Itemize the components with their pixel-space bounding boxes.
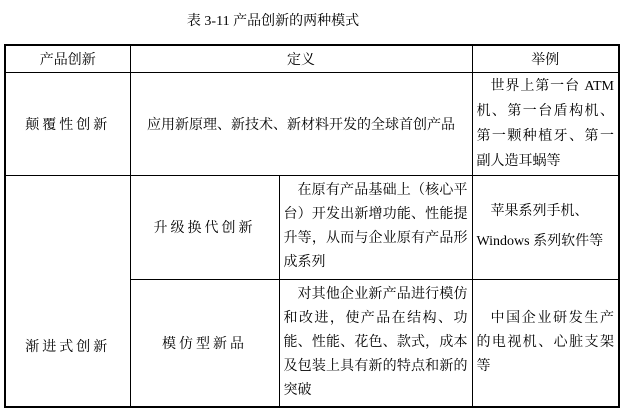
text-line: 成系列 bbox=[284, 251, 468, 275]
text-line: 及包装上具有新的特点和新的 bbox=[284, 355, 468, 379]
header-examples: 举例 bbox=[472, 45, 619, 72]
text-line: 第一颗种植牙、第一 bbox=[477, 124, 615, 149]
text-line: 的电视机、心脏支架 bbox=[477, 331, 615, 355]
disruptive-definition-cell: 应用新原理、新技术、新材料开发的全球首创产品 bbox=[130, 72, 472, 175]
disruptive-examples-cell: 世界上第一台 ATM机、第一台盾构机、第一颗种植牙、第一副人造耳蜗等 bbox=[472, 72, 619, 175]
text-line: 升等，从而与企业原有产品形 bbox=[284, 227, 468, 251]
incremental-label: 渐进式创新 bbox=[10, 336, 126, 356]
header-row: 产品创新 定义 举例 bbox=[5, 45, 619, 72]
header-definition: 定义 bbox=[130, 45, 472, 72]
imitative-examples-cell: 中国企业研发生产的电视机、心脏支架等 bbox=[472, 279, 619, 407]
text-line: 能、性能、花色、款式，成本 bbox=[284, 331, 468, 355]
table-caption: 表 3-11 产品创新的两种模式 bbox=[0, 13, 546, 31]
upgrade-examples-cell: 苹果系列手机、Windows 系列软件等 bbox=[472, 175, 619, 279]
text-line: 等 bbox=[477, 355, 615, 379]
incremental-label-cell: 渐进式创新 bbox=[5, 175, 130, 407]
text-line: 台）开发出新增功能、性能提 bbox=[284, 203, 468, 227]
row-disruptive-innovation: 颠覆性创新 应用新原理、新技术、新材料开发的全球首创产品 世界上第一台 ATM机… bbox=[5, 72, 619, 175]
innovation-table: 产品创新 定义 举例 颠覆性创新 应用新原理、新技术、新材料开发的全球首创产品 … bbox=[4, 44, 620, 408]
row-incremental-upgrade: 渐进式创新 升级换代创新 在原有产品基础上（核心平台）开发出新增功能、性能提升等… bbox=[5, 175, 619, 279]
text-line: Windows 系列软件等 bbox=[477, 227, 615, 257]
text-line: 中国企业研发生产 bbox=[477, 307, 615, 331]
text-line: 突破 bbox=[284, 379, 468, 403]
text-line: 和改进，使产品在结构、功 bbox=[284, 307, 468, 331]
text-line: 世界上第一台 ATM bbox=[477, 74, 615, 99]
text-line: 机、第一台盾构机、 bbox=[477, 99, 615, 124]
header-product-innovation: 产品创新 bbox=[5, 45, 130, 72]
text-line: 对其他企业新产品进行模仿 bbox=[284, 283, 468, 307]
document-page: 表 3-11 产品创新的两种模式 产品创新 定义 举例 颠覆性创新 应用新原理、… bbox=[0, 0, 622, 417]
text-line: 副人造耳蜗等 bbox=[477, 149, 615, 174]
imitative-label-cell: 模仿型新品 bbox=[130, 279, 279, 407]
text-line: 在原有产品基础上（核心平 bbox=[284, 179, 468, 203]
imitative-definition-cell: 对其他企业新产品进行模仿和改进，使产品在结构、功能、性能、花色、款式，成本及包装… bbox=[279, 279, 472, 407]
upgrade-definition-cell: 在原有产品基础上（核心平台）开发出新增功能、性能提升等，从而与企业原有产品形成系… bbox=[279, 175, 472, 279]
disruptive-label-cell: 颠覆性创新 bbox=[5, 72, 130, 175]
text-line: 苹果系列手机、 bbox=[477, 197, 615, 227]
upgrade-label-cell: 升级换代创新 bbox=[130, 175, 279, 279]
